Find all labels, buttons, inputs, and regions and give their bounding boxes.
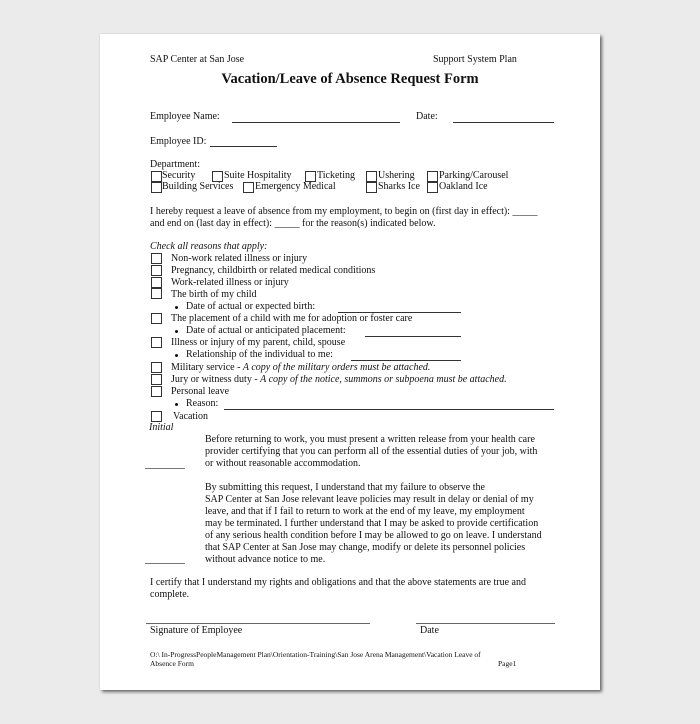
placement-date-label: Date of actual or anticipated placement: — [186, 325, 346, 337]
signature-field[interactable] — [146, 623, 370, 624]
footer-path-line-1: O:\ In-ProgressPeopleManagement Plan\Ori… — [150, 650, 481, 659]
policy-paragraph-line: of any serious health condition before I… — [205, 530, 542, 542]
checkbox[interactable] — [151, 265, 162, 276]
form-page: SAP Center at San Jose Support System Pl… — [100, 34, 600, 690]
bullet-icon — [175, 354, 178, 357]
checkbox[interactable] — [151, 362, 162, 373]
relationship-field[interactable] — [351, 360, 461, 361]
signature-date-label: Date — [420, 625, 439, 637]
checkbox[interactable] — [151, 411, 162, 422]
checkbox[interactable] — [243, 182, 254, 193]
request-line-2: and end on (last day in effect): _____ f… — [150, 218, 435, 230]
bullet-icon — [175, 330, 178, 333]
checkbox[interactable] — [151, 337, 162, 348]
reasons-heading: Check all reasons that apply: — [150, 241, 267, 253]
reason-field[interactable] — [224, 409, 554, 410]
plan-name: Support System Plan — [433, 54, 517, 66]
request-line-1: I hereby request a leave of absence from… — [150, 206, 537, 218]
reason-label: Reason: — [186, 398, 218, 410]
initial-field-2[interactable] — [145, 563, 185, 564]
certify-line: I certify that I understand my rights an… — [150, 577, 526, 589]
employee-id-label: Employee ID: — [150, 136, 206, 148]
checkbox[interactable] — [151, 171, 162, 182]
relationship-label: Relationship of the individual to me: — [186, 349, 333, 361]
initial-label: Initial — [149, 422, 173, 434]
checkbox[interactable] — [151, 182, 162, 193]
employee-id-field[interactable] — [210, 146, 277, 147]
page-number: Page1 — [498, 659, 516, 668]
bullet-icon — [175, 306, 178, 309]
release-paragraph-line: Before returning to work, you must prese… — [205, 434, 535, 446]
policy-paragraph-line: By submitting this request, I understand… — [205, 482, 485, 494]
checkbox[interactable] — [366, 171, 377, 182]
employee-name-label: Employee Name: — [150, 111, 220, 123]
org-name: SAP Center at San Jose — [150, 54, 244, 66]
policy-paragraph-line: without advance notice to me. — [205, 554, 325, 566]
checkbox[interactable] — [427, 171, 438, 182]
page-title: Vacation/Leave of Absence Request Form — [100, 71, 600, 88]
checkbox[interactable] — [151, 288, 162, 299]
date-label: Date: — [416, 111, 438, 123]
policy-paragraph-line: SAP Center at San Jose relevant leave po… — [205, 494, 534, 506]
policy-paragraph-line: that SAP Center at San Jose may change, … — [205, 542, 525, 554]
footer-path-line-2: Absence Form — [150, 659, 194, 668]
placement-date-field[interactable] — [365, 336, 461, 337]
checkbox[interactable] — [151, 253, 162, 264]
checkbox[interactable] — [151, 386, 162, 397]
release-paragraph-line: or without reasonable accommodation. — [205, 458, 361, 470]
birth-date-label: Date of actual or expected birth: — [186, 301, 315, 313]
policy-paragraph-line: may be terminated. I further understand … — [205, 518, 538, 530]
date-field[interactable] — [453, 122, 554, 123]
release-paragraph-line: provider certifying that you can perform… — [205, 446, 537, 458]
policy-paragraph-line: leave, and that if I fail to return to w… — [205, 506, 525, 518]
certify-line: complete. — [150, 589, 189, 601]
bullet-icon — [175, 403, 178, 406]
checkbox[interactable] — [151, 374, 162, 385]
signature-label: Signature of Employee — [150, 625, 242, 637]
checkbox[interactable] — [151, 313, 162, 324]
initial-field-1[interactable] — [145, 468, 185, 469]
employee-name-field[interactable] — [232, 122, 400, 123]
checkbox[interactable] — [427, 182, 438, 193]
signature-date-field[interactable] — [416, 623, 555, 624]
checkbox[interactable] — [151, 277, 162, 288]
checkbox[interactable] — [366, 182, 377, 193]
